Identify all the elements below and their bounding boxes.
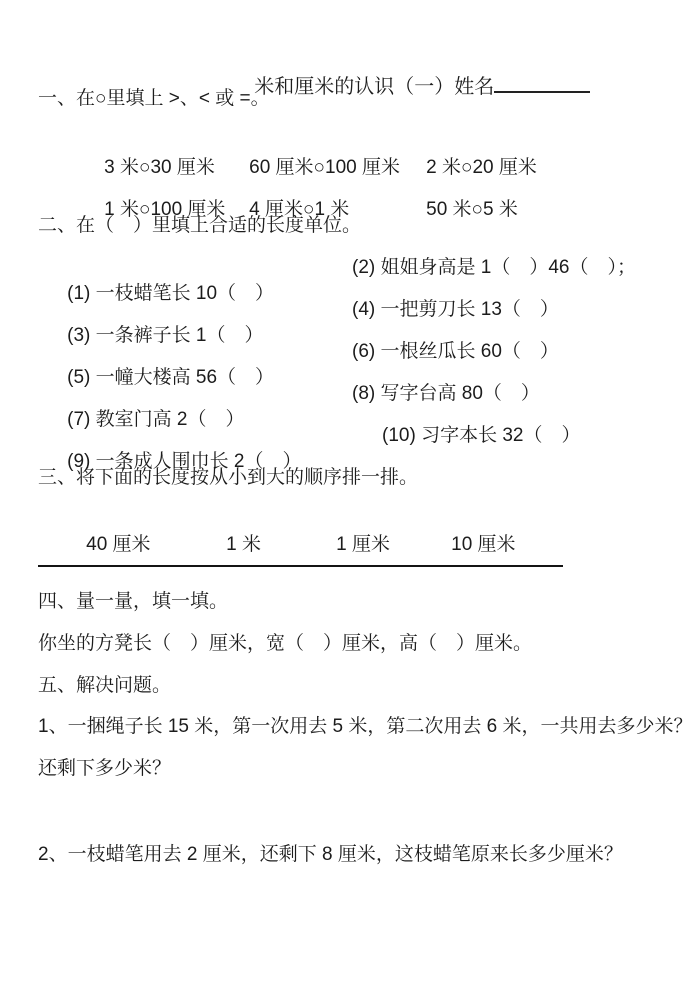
section3-heading: 三、将下面的长度按从小到大的顺序排一排。 xyxy=(38,465,418,491)
section1-heading: 一、在○里填上 >、< 或 =。 xyxy=(38,86,270,112)
unit-item-6: (6) 一根丝瓜长 60（ ） xyxy=(352,339,559,365)
section2-heading: 二、在（ ）里填上合适的长度单位。 xyxy=(38,213,361,239)
problem1-line1: 1、一捆绳子长 15 米，第一次用去 5 米，第二次用去 6 米，一共用去多少米… xyxy=(38,714,693,740)
problem2-line: 2、一枝蜡笔用去 2 厘米，还剩下 8 厘米，这枝蜡笔原来长多少厘米？ xyxy=(38,842,623,868)
measure-fill-line: 你坐的方凳长（ ）厘米，宽（ ）厘米，高（ ）厘米。 xyxy=(38,631,532,657)
answer-divider-line xyxy=(38,565,563,567)
worksheet-title: 米和厘米的认识（一）姓名 xyxy=(232,45,590,126)
length-value: 10 厘米 xyxy=(451,534,515,555)
unit-item-8: (8) 写字台高 80（ ） xyxy=(352,381,540,407)
length-value: 1 厘米 xyxy=(336,532,451,558)
unit-item-10: (10) 习字本长 32（ ） xyxy=(382,423,580,449)
worksheet-page: 米和厘米的认识（一）姓名 一、在○里填上 >、< 或 =。 3 米○30 厘米6… xyxy=(0,0,695,982)
name-blank-line xyxy=(494,71,590,93)
problem1-line2: 还剩下多少米？ xyxy=(38,756,171,782)
section4-heading: 四、量一量，填一填。 xyxy=(38,589,228,615)
length-values-row: 40 厘米1 米1 厘米10 厘米 xyxy=(65,506,516,584)
section5-heading: 五、解决问题。 xyxy=(38,673,171,699)
worksheet-title-text: 米和厘米的认识（一）姓名 xyxy=(254,76,494,98)
length-value: 40 厘米 xyxy=(86,532,226,558)
compare-item: 50 米○5 米 xyxy=(426,199,518,220)
length-value: 1 米 xyxy=(226,532,336,558)
unit-item-4: (4) 一把剪刀长 13（ ） xyxy=(352,297,559,323)
unit-item-2: (2) 姐姐身高是 1（ ）46（ ）； xyxy=(352,255,636,281)
